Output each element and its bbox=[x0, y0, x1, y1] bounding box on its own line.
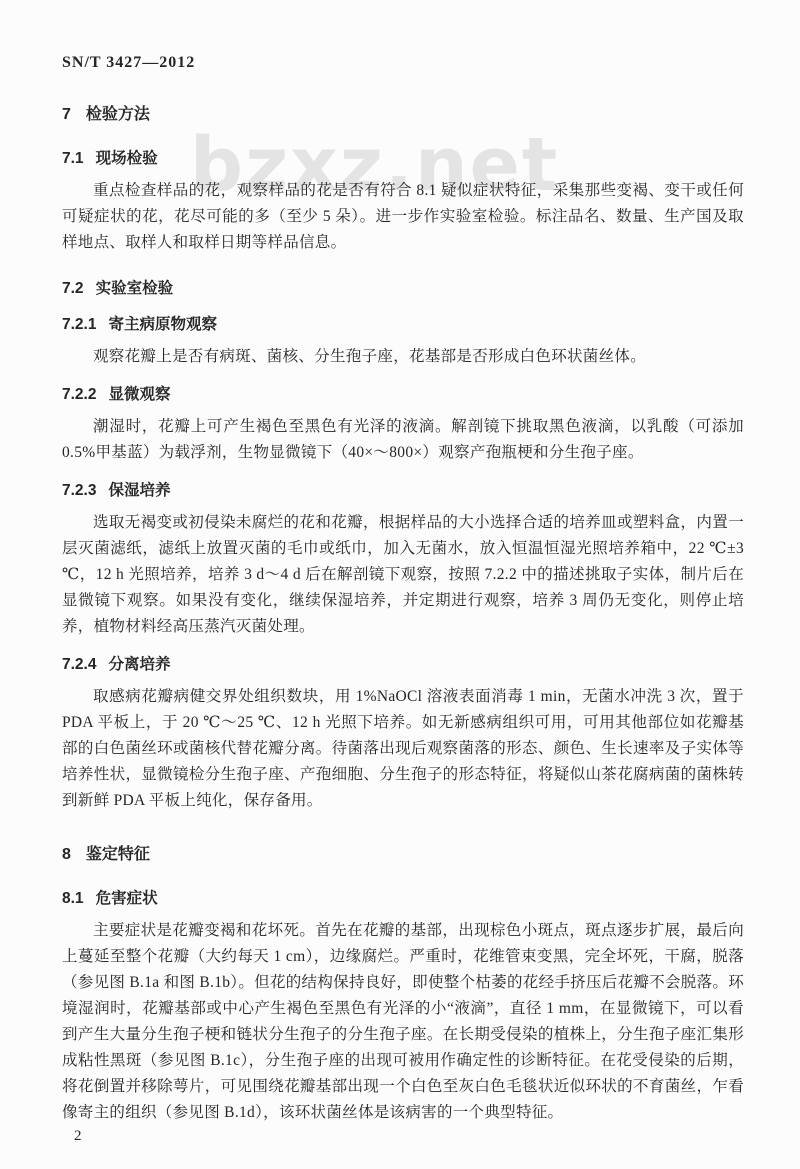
section-title: 现场检验 bbox=[96, 150, 158, 167]
paragraph-7-2-1: 观察花瓣上是否有病斑、菌核、分生孢子座，花基部是否形成白色环状菌丝体。 bbox=[62, 344, 744, 370]
section-number: 7 bbox=[62, 104, 71, 126]
heading-7-2-2: 7.2.2显微观察 bbox=[62, 384, 744, 406]
paragraph-7-2-3: 选取无褐变或初侵染未腐烂的花和花瓣，根据样品的大小选择合适的培养皿或塑料盒，内置… bbox=[62, 510, 744, 640]
heading-8: 8鉴定特征 bbox=[62, 844, 744, 866]
heading-8-1: 8.1危害症状 bbox=[62, 888, 744, 910]
page-number: 2 bbox=[74, 1128, 82, 1145]
section-title: 实验室检验 bbox=[96, 280, 174, 297]
section-title: 保湿培养 bbox=[108, 482, 170, 499]
paragraph-8-1: 主要症状是花瓣变褐和花坏死。首先在花瓣的基部，出现棕色小斑点，斑点逐步扩展，最后… bbox=[62, 918, 744, 1126]
paragraph-7-2-4: 取感病花瓣病健交界处组织数块，用 1%NaOCl 溶液表面消毒 1 min，无菌… bbox=[62, 684, 744, 814]
section-number: 7.2.2 bbox=[62, 384, 96, 406]
section-title: 检验方法 bbox=[86, 106, 150, 123]
section-number: 7.1 bbox=[62, 148, 84, 170]
section-number: 8 bbox=[62, 844, 71, 866]
section-number: 7.2.4 bbox=[62, 654, 96, 676]
section-title: 分离培养 bbox=[108, 656, 170, 673]
page-content: SN/T 3427—2012 7检验方法 7.1现场检验 重点检查样品的花，观察… bbox=[0, 0, 800, 1126]
section-title: 鉴定特征 bbox=[86, 846, 150, 863]
section-number: 7.2.1 bbox=[62, 314, 96, 336]
section-title: 寄主病原物观察 bbox=[108, 316, 217, 333]
heading-7-2-1: 7.2.1寄主病原物观察 bbox=[62, 314, 744, 336]
standard-number: SN/T 3427—2012 bbox=[62, 52, 744, 74]
heading-7-1: 7.1现场检验 bbox=[62, 148, 744, 170]
paragraph-7-1: 重点检查样品的花，观察样品的花是否有符合 8.1 疑似症状特征，采集那些变褐、变… bbox=[62, 178, 744, 256]
section-number: 7.2 bbox=[62, 278, 84, 300]
document-page: bzxz.net SN/T 3427—2012 7检验方法 7.1现场检验 重点… bbox=[0, 0, 800, 1169]
section-title: 显微观察 bbox=[108, 386, 170, 403]
heading-7-2-3: 7.2.3保湿培养 bbox=[62, 480, 744, 502]
paragraph-7-2-2: 潮湿时，花瓣上可产生褐色至黑色有光泽的液滴。解剖镜下挑取黑色液滴，以乳酸（可添加… bbox=[62, 414, 744, 466]
section-title: 危害症状 bbox=[96, 890, 158, 907]
heading-7-2: 7.2实验室检验 bbox=[62, 278, 744, 300]
section-number: 7.2.3 bbox=[62, 480, 96, 502]
heading-7-2-4: 7.2.4分离培养 bbox=[62, 654, 744, 676]
section-number: 8.1 bbox=[62, 888, 84, 910]
heading-7: 7检验方法 bbox=[62, 104, 744, 126]
